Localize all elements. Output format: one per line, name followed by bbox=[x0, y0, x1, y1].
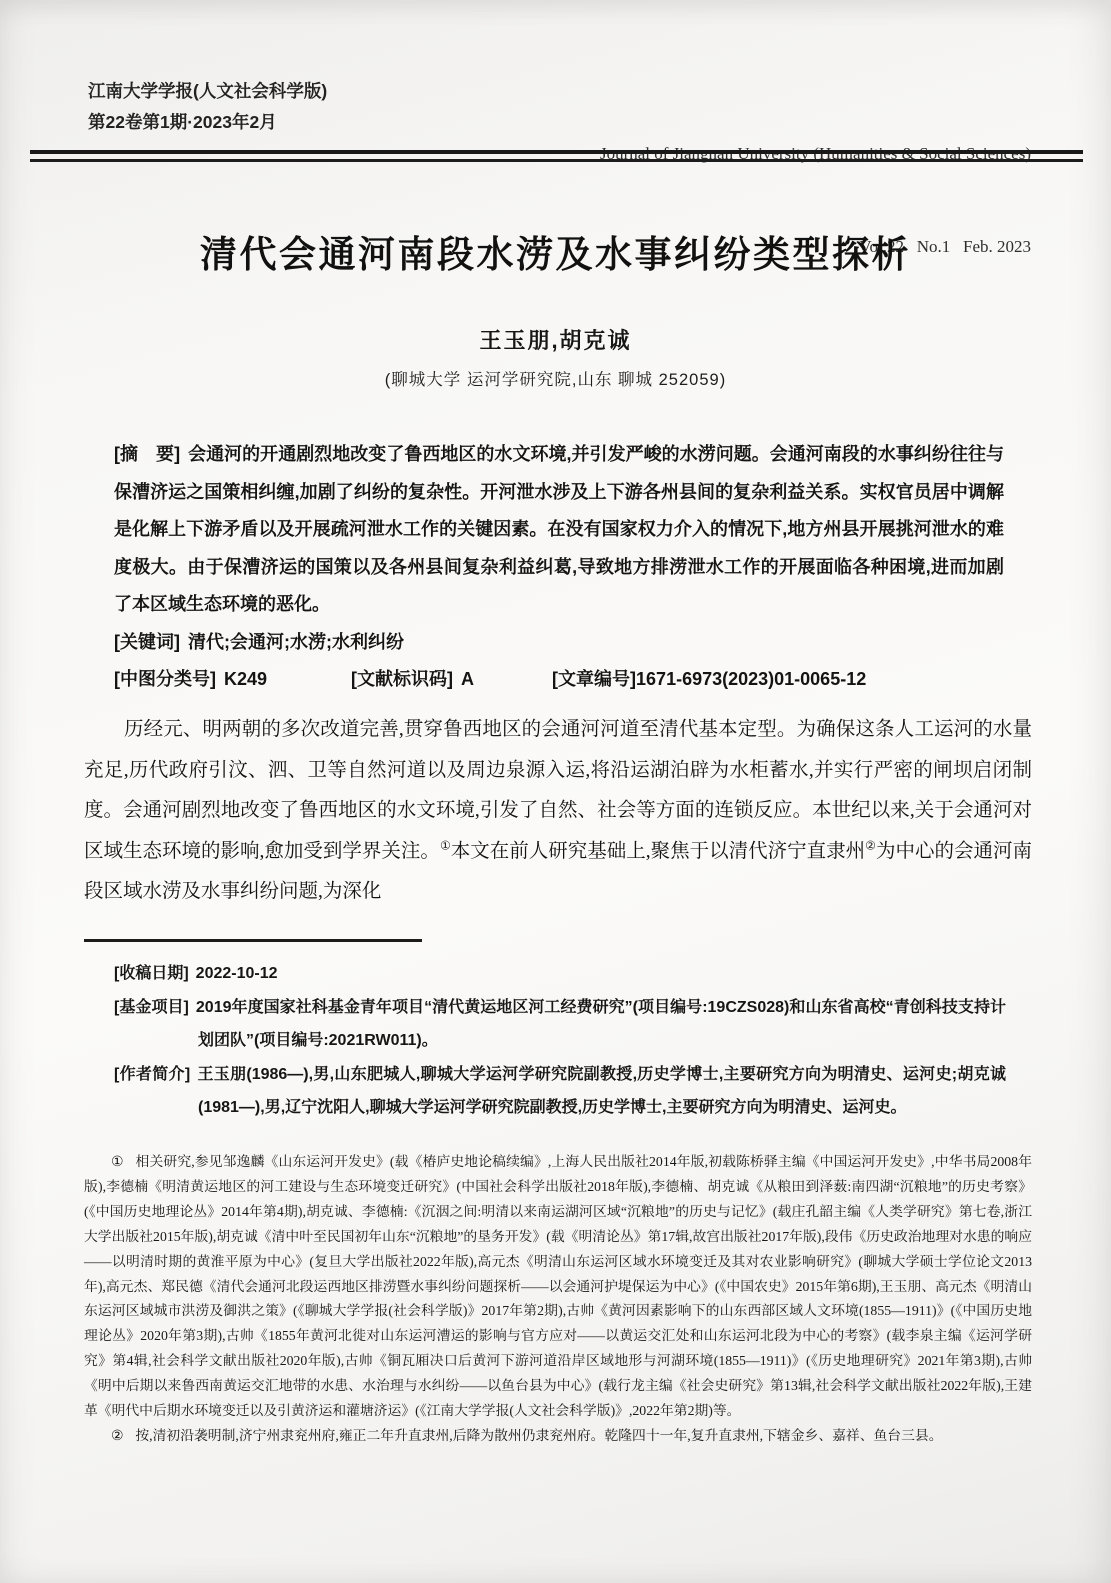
article-authors: 王玉朋,胡克诚 bbox=[0, 324, 1111, 355]
clc-value: K249 bbox=[224, 669, 267, 689]
author-bio-label: [作者简介] bbox=[114, 1066, 190, 1083]
abstract-text: 会通河的开通剧烈地改变了鲁西地区的水文环境,并引发严峻的水涝问题。会通河南段的水… bbox=[114, 444, 1004, 614]
footnote-marker-2: ② bbox=[111, 1428, 123, 1443]
funding-text: 2019年度国家社科基金青年项目“清代黄运地区河工经费研究”(项目编号:19CZ… bbox=[196, 999, 1006, 1050]
journal-page: 江南大学学报(人文社会科学版) 第22卷第1期·2023年2月 Journal … bbox=[0, 0, 1111, 1583]
received-date-entry: [收稿日期]2022-10-12 bbox=[114, 957, 1006, 991]
footnotes-block: ①相关研究,参见邹逸麟《山东运河开发史》(载《椿庐史地论稿续编》,上海人民出版社… bbox=[84, 1150, 1032, 1449]
received-date-label: [收稿日期] bbox=[114, 965, 189, 982]
abstract-label: [摘 要] bbox=[114, 444, 180, 464]
doc-code-label: [文献标识码] bbox=[351, 669, 453, 689]
journal-header-cn: 江南大学学报(人文社会科学版) 第22卷第1期·2023年2月 bbox=[88, 76, 327, 138]
clc-group: [中图分类号]K249 bbox=[114, 661, 267, 699]
article-affiliation: (聊城大学 运河学研究院,山东 聊城 252059) bbox=[0, 366, 1111, 390]
article-title: 清代会通河南段水涝及水事纠纷类型探析 bbox=[0, 224, 1111, 278]
clc-label: [中图分类号] bbox=[114, 669, 216, 689]
header-double-rule bbox=[30, 150, 1083, 162]
abstract-block: [摘 要]会通河的开通剧烈地改变了鲁西地区的水文环境,并引发严峻的水涝问题。会通… bbox=[114, 436, 1004, 699]
footnote-marker-1: ① bbox=[111, 1154, 124, 1169]
journal-issue-cn: 第22卷第1期·2023年2月 bbox=[88, 107, 327, 138]
author-bio-text: 王玉朋(1986—),男,山东肥城人,聊城大学运河学研究院副教授,历史学博士,主… bbox=[197, 1066, 1006, 1117]
classification-line: [中图分类号]K249 [文献标识码]A [文章编号]1671-6973(202… bbox=[114, 661, 1004, 699]
keywords-label: [关键词] bbox=[114, 632, 180, 652]
front-notes-block: [收稿日期]2022-10-12 [基金项目]2019年度国家社科基金青年项目“… bbox=[114, 957, 1006, 1125]
author-bio-entry: [作者简介]王玉朋(1986—),男,山东肥城人,聊城大学运河学研究院副教授,历… bbox=[114, 1058, 1006, 1125]
body-paragraph: 历经元、明两朝的多次改道完善,贯穿鲁西地区的会通河河道至清代基本定型。为确保这条… bbox=[84, 710, 1032, 913]
funding-label: [基金项目] bbox=[114, 999, 189, 1016]
funding-entry: [基金项目]2019年度国家社科基金青年项目“清代黄运地区河工经费研究”(项目编… bbox=[114, 991, 1006, 1058]
article-id-value: 1671-6973(2023)01-0065-12 bbox=[636, 669, 866, 689]
journal-header-en: Journal of Jiangnan University (Humaniti… bbox=[600, 76, 1031, 324]
footnote-item-2: ②按,清初沿袭明制,济宁州隶兖州府,雍正二年升直隶州,后降为散州仍隶兖州府。乾隆… bbox=[84, 1424, 1032, 1449]
footnote-text-1: 相关研究,参见邹逸麟《山东运河开发史》(载《椿庐史地论稿续编》,上海人民出版社2… bbox=[84, 1154, 1032, 1418]
footnote-ref-1: ① bbox=[440, 838, 451, 852]
footnote-separator-rule bbox=[84, 939, 422, 942]
keywords-line: [关键词]清代;会通河;水涝;水利纠纷 bbox=[114, 624, 1004, 662]
keywords-text: 清代;会通河;水涝;水利纠纷 bbox=[188, 632, 404, 652]
article-id-group: [文章编号]1671-6973(2023)01-0065-12 bbox=[552, 661, 866, 699]
journal-name-cn: 江南大学学报(人文社会科学版) bbox=[88, 76, 327, 107]
footnote-text-2: 按,清初沿袭明制,济宁州隶兖州府,雍正二年升直隶州,后降为散州仍隶兖州府。乾隆四… bbox=[135, 1428, 942, 1443]
abstract-paragraph: [摘 要]会通河的开通剧烈地改变了鲁西地区的水文环境,并引发严峻的水涝问题。会通… bbox=[114, 436, 1004, 624]
article-id-label: [文章编号] bbox=[552, 669, 636, 689]
body-segment-2: 本文在前人研究基础上,聚焦于以清代济宁直隶州 bbox=[451, 841, 865, 862]
footnote-item-1: ①相关研究,参见邹逸麟《山东运河开发史》(载《椿庐史地论稿续编》,上海人民出版社… bbox=[84, 1150, 1032, 1424]
footnote-ref-2: ② bbox=[865, 838, 876, 852]
received-date-text: 2022-10-12 bbox=[196, 965, 278, 982]
doc-code-value: A bbox=[461, 669, 474, 689]
doc-code-group: [文献标识码]A bbox=[351, 661, 474, 699]
journal-header: 江南大学学报(人文社会科学版) 第22卷第1期·2023年2月 Journal … bbox=[88, 76, 1031, 324]
